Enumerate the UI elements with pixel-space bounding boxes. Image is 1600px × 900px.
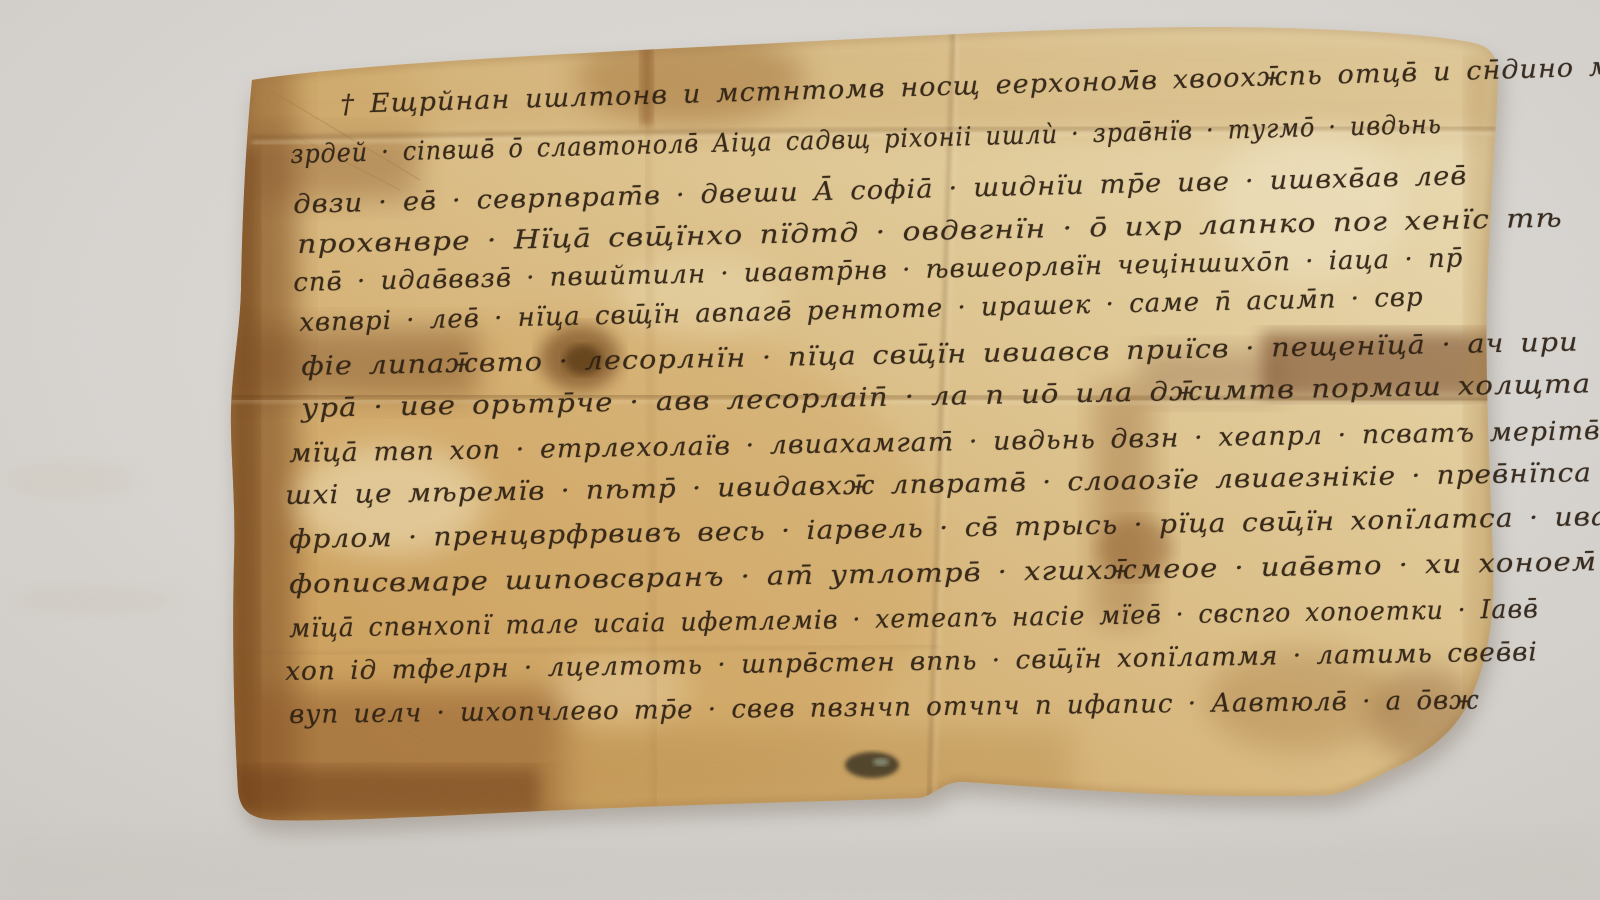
- manuscript-line-11: фрлом · пренцврфрвивъ весь · іарвель · с…: [289, 501, 1600, 555]
- manuscript-line-2: зрдей · сіпвшв̄ о̄ славтонолв̄ Аіца садв…: [290, 110, 1442, 170]
- manuscript-text: † Ещрйнан ишлтонв и мстнтомв носщ еерхон…: [0, 0, 1600, 900]
- manuscript-line-10: шхі це мѣремїв · пѣтр̄ · ивидавхж̄ лпвра…: [285, 458, 1592, 511]
- manuscript-line-15: вуп иелч · шхопчлево тр̄е · свев пвзнчп …: [289, 685, 1480, 730]
- manuscript-line-14: хоп ід тфелрн · лцелтоть · шпрв̄стен впп…: [285, 637, 1538, 687]
- photograph-of-manuscript: † Ещрйнан ишлтонв и мстнтомв носщ еерхон…: [0, 0, 1600, 900]
- manuscript-line-12: фописвмаре шиповсвранъ · ат̄ утлотрв̄ · …: [289, 545, 1600, 600]
- manuscript-line-13: мїца̄ спвнхопї тале исаіа ифетлемів · хе…: [289, 594, 1539, 644]
